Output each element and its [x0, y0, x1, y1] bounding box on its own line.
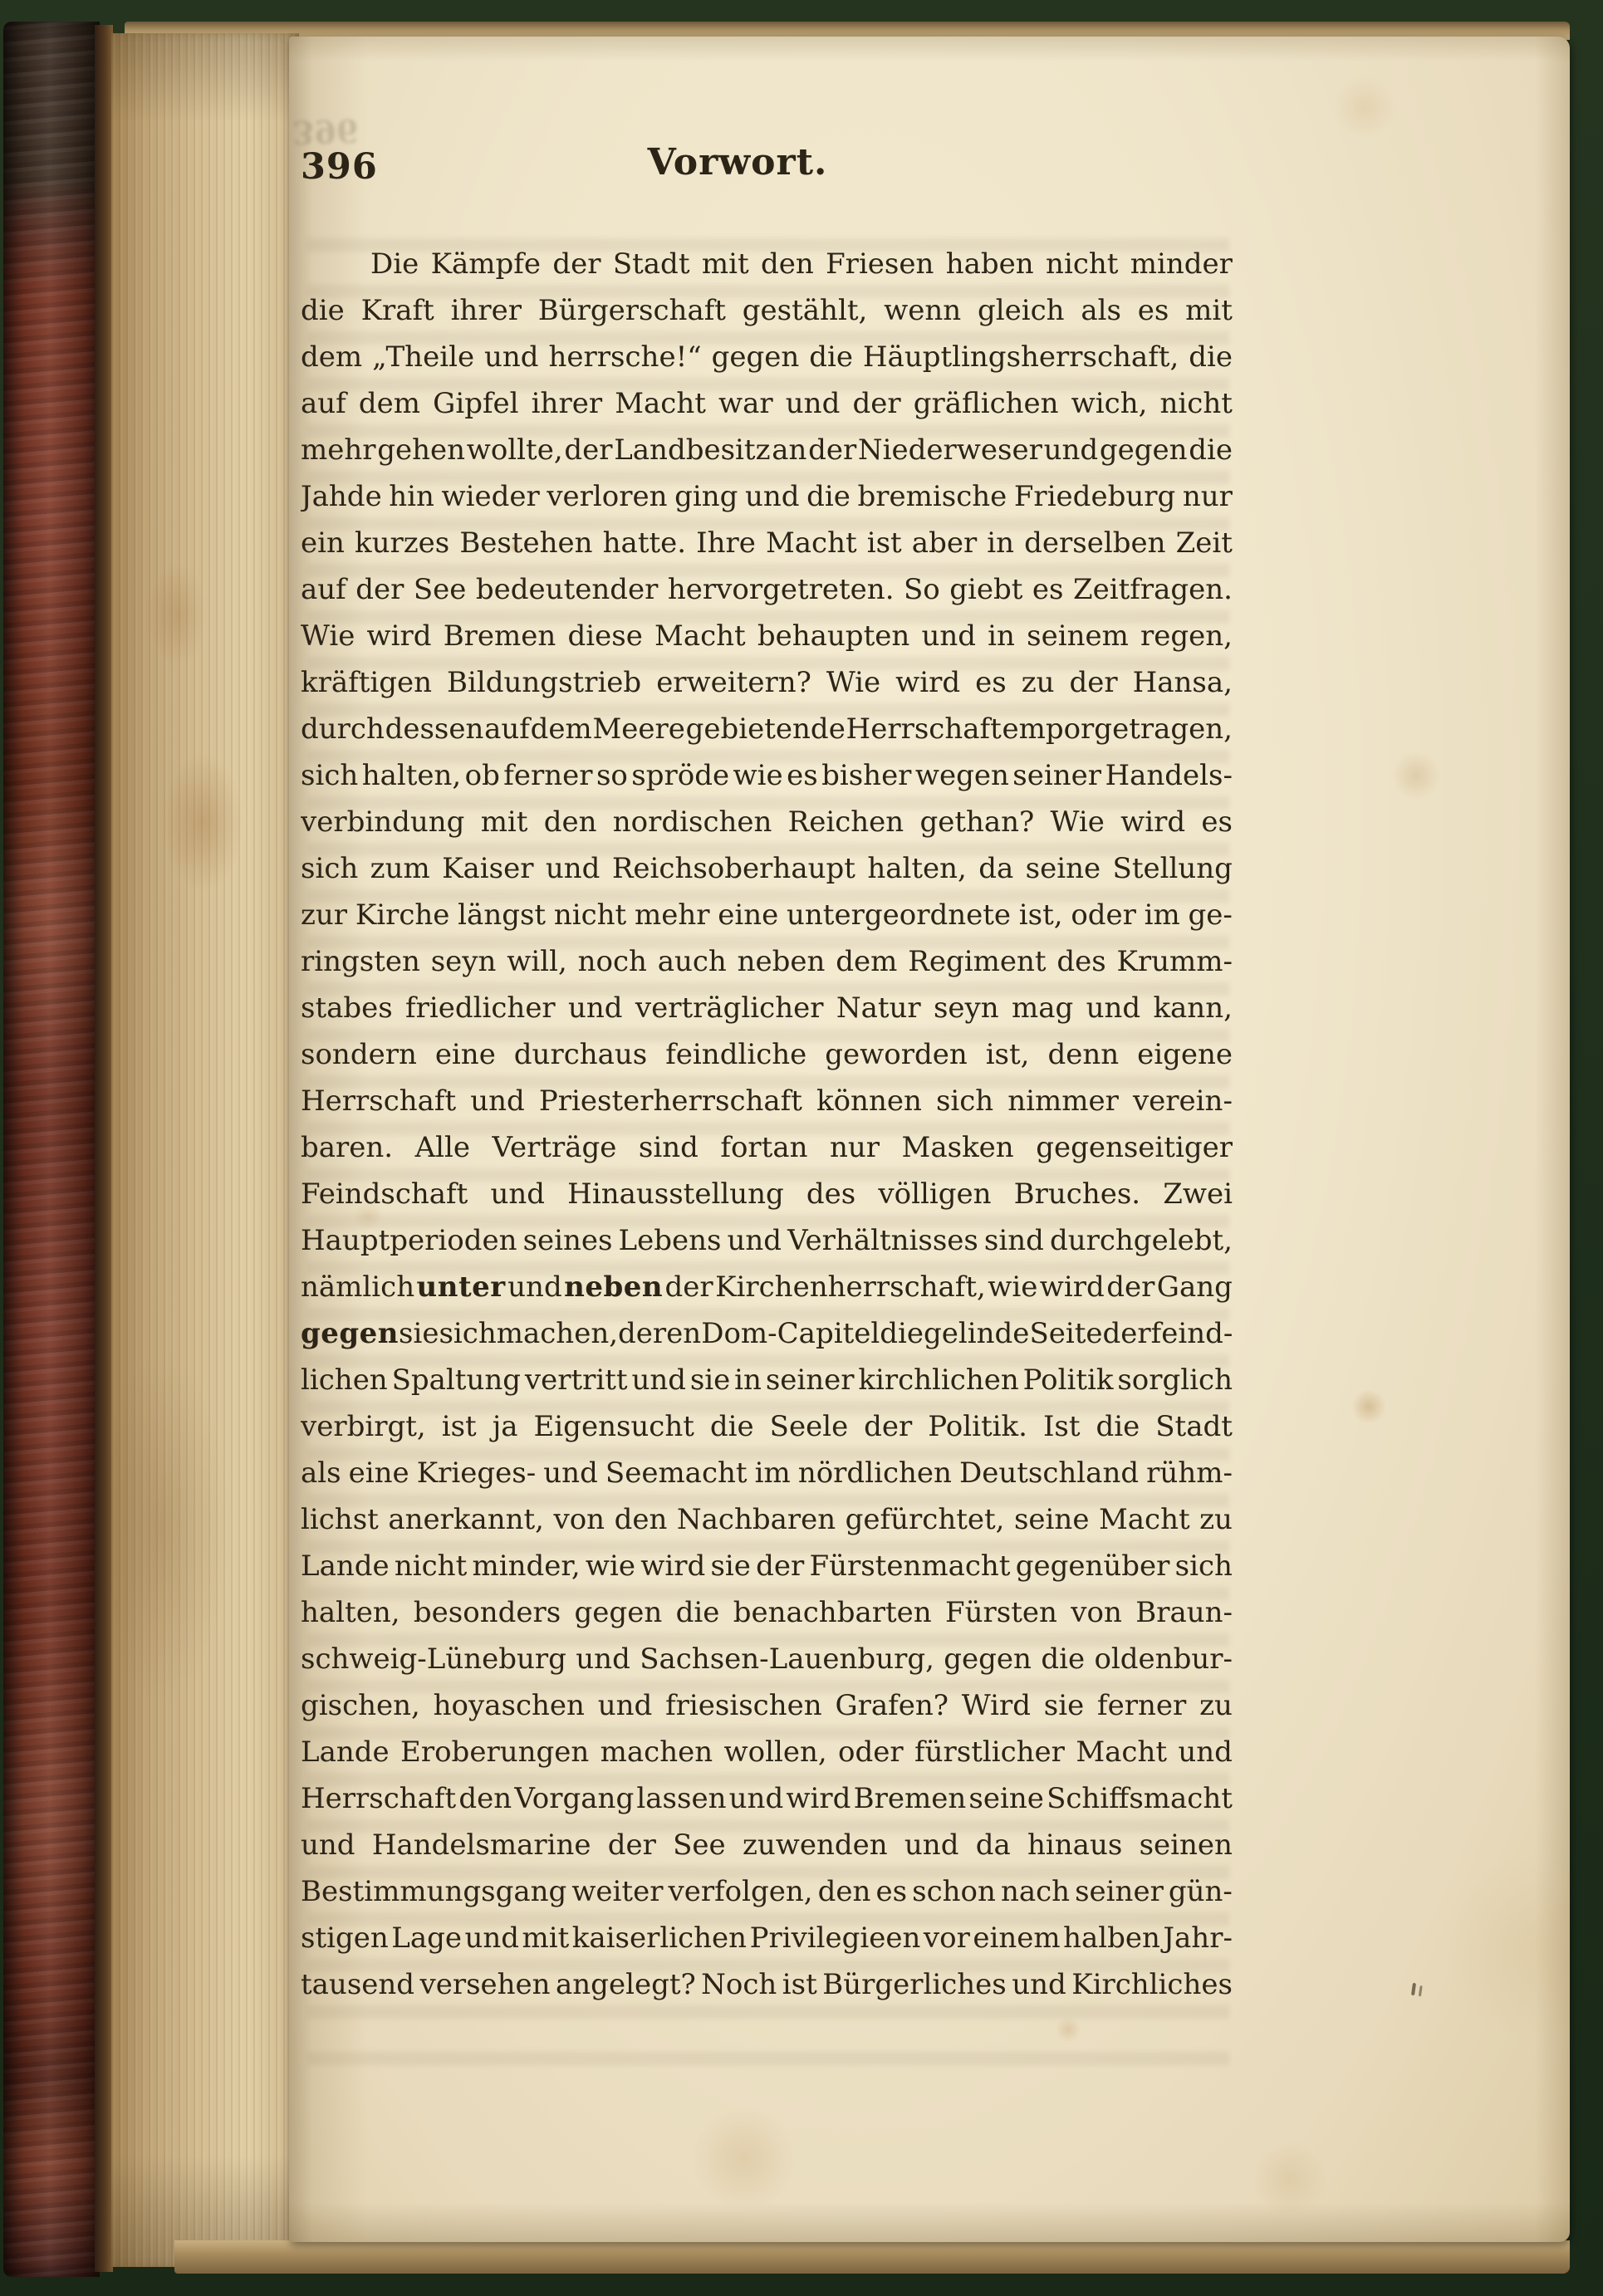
text-line: kräftigenBildungstrieberweitern?Wiewirde…	[301, 659, 1233, 706]
text-line: lichstanerkannt,vondenNachbarengefürchte…	[301, 1496, 1233, 1543]
text-line: dem„Theileundherrsche!“gegendieHäuptling…	[301, 334, 1233, 380]
text-line: Jahdehinwiederverlorengingunddiebremisch…	[301, 473, 1233, 520]
text-line: mehrgehenwollte,derLandbesitzanderNieder…	[301, 427, 1233, 473]
text-line: tausendversehenangelegt?NochistBürgerlic…	[301, 1961, 1233, 2008]
spine-crease	[95, 25, 113, 2272]
text-line: aufderSeebedeutenderhervorgetreten.Sogie…	[301, 566, 1233, 613]
text-line: undHandelsmarinederSeezuwendenunddahinau…	[301, 1822, 1233, 1868]
text-line: verbirgt,istjaEigensuchtdieSeelederPolit…	[301, 1403, 1233, 1450]
emphasized-word: gegen	[301, 1310, 399, 1357]
text-line: lichenSpaltungvertrittundsieinseinerkirc…	[301, 1357, 1233, 1403]
text-line: FeindschaftundHinausstellungdesvölligenB…	[301, 1171, 1233, 1217]
text-line: baren.AlleVerträgesindfortannurMaskengeg…	[301, 1124, 1233, 1171]
text-line: gischen,hoyaschenundfriesischenGrafen?Wi…	[301, 1682, 1233, 1729]
text-line: aufdemGipfelihrerMachtwarunddergräfliche…	[301, 380, 1233, 427]
text-line: sichhalten,obfernersosprödewieesbisherwe…	[301, 752, 1233, 799]
running-title: Vorwort.	[648, 141, 828, 184]
emphasized-word: neben	[564, 1264, 663, 1310]
text-line: durchdessenaufdemMeeregebietendeHerrscha…	[301, 706, 1233, 752]
text-line: zurKirchelängstnichtmehreineuntergeordne…	[301, 892, 1233, 938]
text-line: LandeEroberungenmachenwollen,oderfürstli…	[301, 1729, 1233, 1775]
text-line: gegensiesichmachen,derenDom-Capiteldiege…	[301, 1310, 1233, 1357]
text-line: nämlichunterundnebenderKirchenherrschaft…	[301, 1264, 1233, 1310]
bottom-page-edges	[174, 2240, 1570, 2274]
text-line: HerrschaftundPriesterherrschaftkönnensic…	[301, 1078, 1233, 1124]
text-line: Landenichtminder,wiewirdsiederFürstenmac…	[301, 1543, 1233, 1589]
text-line: HauptperiodenseinesLebensundVerhältnisse…	[301, 1217, 1233, 1264]
book-spine	[3, 22, 100, 2277]
text-line: halten,besondersgegendiebenachbartenFürs…	[301, 1589, 1233, 1636]
text-line: stigenLageundmitkaiserlichenPrivilegieen…	[301, 1915, 1233, 1961]
text-line: stabesfriedlicherundverträglicherNaturse…	[301, 985, 1233, 1031]
text-line: einkurzesBestehenhatte.IhreMachtistaberi…	[301, 520, 1233, 566]
text-line: WiewirdBremendieseMachtbehauptenundinsei…	[301, 613, 1233, 659]
text-line: Bestimmungsgangweiterverfolgen,denesscho…	[301, 1868, 1233, 1915]
text-line: alseineKrieges-undSeemachtimnördlichenDe…	[301, 1450, 1233, 1496]
page-number: 396	[301, 146, 378, 188]
text-line: verbindungmitdennordischenReichengethan?…	[301, 799, 1233, 845]
emphasized-word: unter	[417, 1264, 506, 1310]
text-line: sonderneinedurchausfeindlichegewordenist…	[301, 1031, 1233, 1078]
text-line: sichzumKaiserundReichsoberhaupthalten,da…	[301, 845, 1233, 892]
text-line: dieKraftihrerBürgerschaftgestählt,wenngl…	[301, 287, 1233, 334]
text-line: ringstenseynwill,nochauchnebendemRegimen…	[301, 938, 1233, 985]
text-line: DieKämpfederStadtmitdenFriesenhabennicht…	[301, 241, 1233, 287]
page-edges-stack	[111, 33, 299, 2267]
text-block: DieKämpfederStadtmitdenFriesenhabennicht…	[301, 241, 1233, 2051]
text-line: schweig-LüneburgundSachsen-Lauenburg,geg…	[301, 1636, 1233, 1682]
text-line: HerrschaftdenVorganglassenundwirdBremens…	[301, 1775, 1233, 1822]
photographed-book-scene: { "page": { "number": "396", "running_ti…	[0, 0, 1603, 2296]
